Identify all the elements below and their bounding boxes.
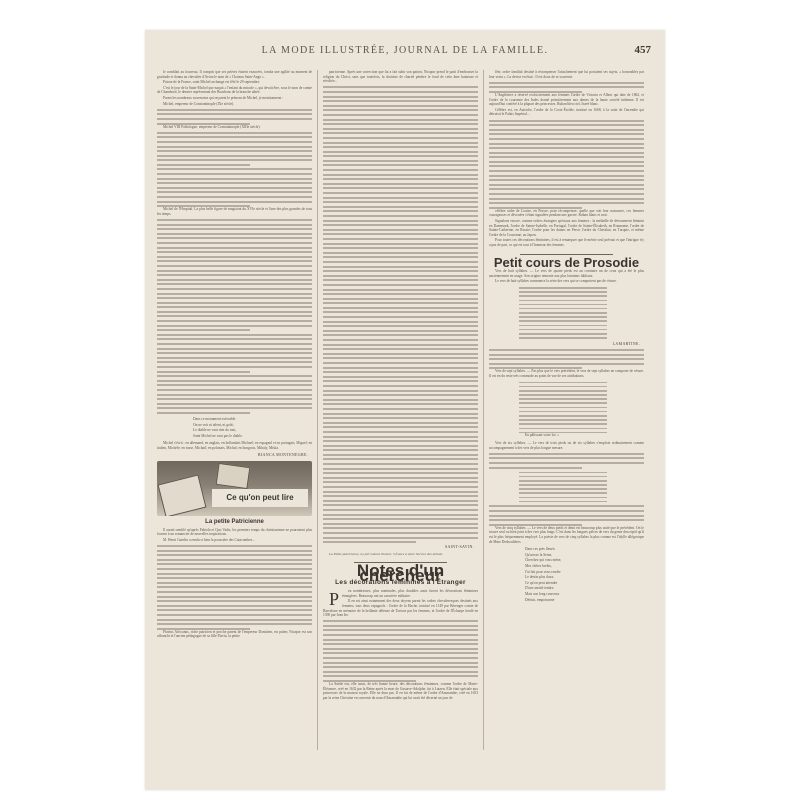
body-text-lines [489,453,644,469]
body-text: Vers de sept syllabes. — Pas plus que le… [489,369,644,378]
newspaper-page: LA MODE ILLUSTRÉE, JOURNAL DE LA FAMILLE… [145,30,665,790]
page-number: 457 [635,44,652,56]
body-text: Flavius Africanus, riche patricien et pr… [157,630,312,639]
verse-attribution: LAMARTINE. [489,342,640,347]
section-title: Notes d'un chercheur [323,569,478,578]
body-text-lines [489,505,644,525]
verse-line: Dans ce monument exécrable [187,417,312,422]
verse-line: Dans ces prés fleuris [519,547,644,552]
body-text: Vers de huit syllabes. — Le vers de quat… [489,269,644,278]
body-text-lines [157,109,312,125]
body-text-lines [489,82,644,93]
body-text: Parmi les nombreux souverains qui reçure… [157,96,312,101]
body-text-lines [489,120,644,209]
column-divider [317,70,318,750]
body-text: M. Henri Guerlin a rendu si bien la pous… [157,538,312,543]
verse: Dans ces prés fleuris Qu'arrose la Seine… [519,547,644,602]
body-text: Peu nombreuses, plus nominales, plus dur… [323,589,478,598]
column-3: fête, ordre familial destiné à récompens… [489,70,644,770]
body-text: Michel, empereur de Constantinople (IXe … [157,102,312,107]
body-text: fête, ordre familial destiné à récompens… [489,70,644,79]
verse [519,472,644,503]
body-text: C'est le jour de la Saint-Michel que naq… [157,86,312,95]
body-text: Vers de cinq syllabes. — Le vers de deux… [489,526,644,544]
body-text: La Suède eut, elle aussi, de très bonne … [323,682,478,700]
verse-line: Cherchez qui vous mène, [519,558,644,563]
verse-line: On ne voit ni talent, ni goût; [187,423,312,428]
body-text-span: eu nombreuses, plus nominales, plus dura… [342,589,478,598]
book-illustration [216,463,251,489]
verse: En pâlissant votre loi. » [519,382,644,438]
body-text: Il aurait semblé qu'après Fabiola et Quo… [157,528,312,537]
column-1: le comblait au fourreau. Il comprit que … [157,70,312,770]
verse-line: Détruit, empoisonne [519,598,644,603]
body-text-lines [323,86,478,543]
body-text: Michel de l'Hospital. La plus belle figu… [157,207,312,216]
verse-line: Le destin plus doux, [519,575,644,580]
body-text-lines [489,349,644,369]
verse-line: Mais son long courroux [519,592,644,597]
verse-line: Ce qu'on peut attendre [519,581,644,586]
body-text-lines [323,620,478,682]
section-banner-illustration: Ce qu'on peut lire [157,461,312,516]
book-illustration [158,475,207,517]
body-text: Michel s'écrit : en allemand, en anglais… [157,441,312,450]
verse-line: Le diable ne vaut rien du tout, [187,428,312,433]
body-text-lines [157,545,312,630]
signature: SAINT-SAVIN. [323,545,474,550]
body-text: L'Angleterre a réservé exclusivement aux… [489,93,644,107]
section-title: Petit cours de Prosodie [489,261,644,266]
footnote: La Petite patricienne, un joli volume il… [323,552,478,557]
verse-line: Qu'arrose la Seine, [519,553,644,558]
body-text: Pour toutes ces décorations féminines, i… [489,238,644,247]
running-title: LA MODE ILLUSTRÉE, JOURNAL DE LA FAMILLE… [155,45,655,61]
verse-line: En pâlissant votre loi. » [519,433,644,438]
banner-title: Ce qu'on peut lire [212,489,308,507]
verse-line: D'une amitié tendre; [519,586,644,591]
body-text: le comblait au fourreau. Il comprit que … [157,70,312,79]
body-text: Signalons encore, comme ordres étrangers… [489,219,644,237]
column-2: patricienne. Après une correction que lu… [323,70,478,770]
body-text-lines [157,219,312,414]
body-text: Michel VIII Paléologue, empereur de Cons… [157,125,312,130]
body-text: Vers de six syllabes. — Le vers de trois… [489,441,644,450]
body-text: Patron de la France, saint Michel archan… [157,80,312,85]
drop-cap: P [323,591,339,607]
verse-line: J'ai fait pour vous rendre [519,570,644,575]
signature: BIANCA MONTENEGRE. [157,453,308,458]
verse [519,287,644,339]
body-text: célèbre ordre de Louise, en Prusse, pour… [489,209,644,218]
column-divider [483,70,484,750]
verse-line: Saint Michel ne vaut pas le diable. [187,434,312,439]
body-text: Il en est ainsi notamment des deux doyen… [323,599,478,617]
verse: Dans ce monument exécrable On ne voit ni… [187,417,312,438]
body-text: Le vers de huit syllabes commence la sér… [489,279,644,284]
article-subheading: La petite Patricienne [157,520,312,525]
body-text-lines [157,132,312,208]
section-subtitle: Les décorations féminines à l'Étranger [323,581,478,586]
verse-line: Mes chères brebis, [519,564,644,569]
body-text: patricienne. Après une correction que lu… [323,70,478,84]
body-text: Célèbre est, en Autriche, l'ordre de la … [489,108,644,117]
